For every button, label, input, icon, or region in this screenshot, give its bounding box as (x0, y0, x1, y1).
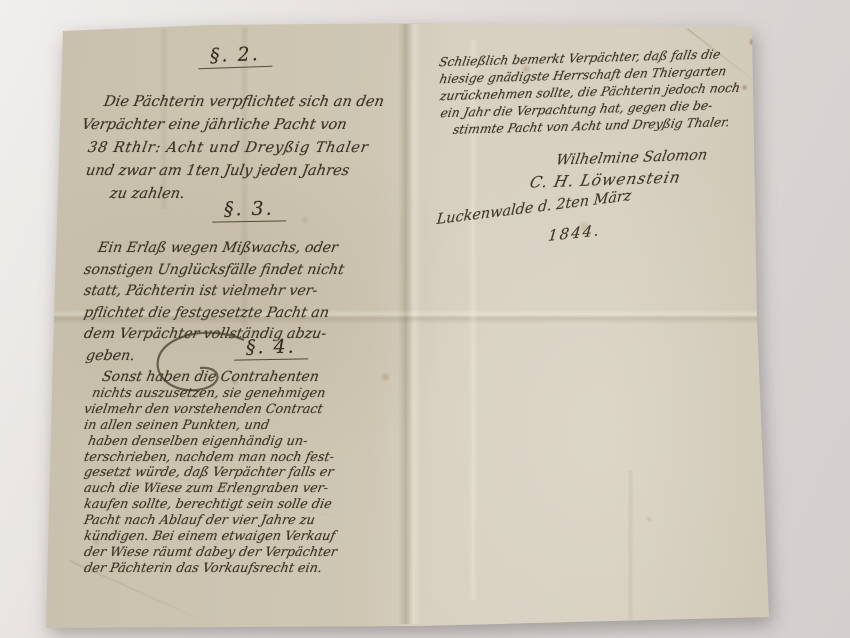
signature-loewenstein: C. H. Löwenstein (528, 168, 683, 191)
photo-background: §. 2. Die Pächterin verpflichtet sich an… (0, 0, 850, 638)
handwritten-line: in allen seinen Punkten, und (83, 418, 339, 434)
ink-stain (748, 38, 757, 46)
section-3-heading: §. 3. (212, 197, 286, 222)
handwritten-line: kaufen sollte, berechtigt sein solle die (83, 497, 339, 513)
signature-wilhelmine-salomon: Wilhelmine Salomon (555, 147, 709, 168)
dateline-year: 1844. (547, 221, 602, 245)
center-fold-crease (398, 24, 422, 624)
section-4-paragraph: Sonst haben die Contrahenten nichts ausz… (84, 370, 337, 577)
handwritten-line: Die Pächterin verpflichtet sich an den (102, 90, 386, 113)
handwritten-line: haben denselben eigenhändig un- (87, 434, 339, 450)
section-2-heading: §. 2. (198, 43, 273, 70)
handwritten-line: auch die Wiese zum Erlengraben ver- (83, 481, 339, 497)
handwritten-line: terschrieben, nachdem man noch fest- (83, 450, 339, 466)
handwritten-line: und zwar am 1ten July jeden Jahres (84, 159, 386, 182)
dateline-place: Luckenwalde d. 2ten März (436, 188, 632, 228)
closing-paragraph: Schließlich bemerkt Verpächter, daß fall… (439, 46, 741, 139)
handwritten-line: pflichtet die festgesetzte Pacht an (82, 303, 346, 325)
handwritten-line: Verpächter eine jährliche Pacht von (80, 113, 386, 136)
handwritten-line: nichts auszusetzen, sie genehmigen (91, 386, 339, 402)
foxing-spot (646, 516, 653, 522)
handwritten-line: gesetzt würde, daß Verpächter falls er (83, 465, 339, 481)
handwritten-line: kündigen. Bei einem etwaigen Verkauf (83, 529, 339, 545)
document-photo: §. 2. Die Pächterin verpflichtet sich an… (0, 0, 850, 638)
handwritten-line: der Pächterin das Vorkaufsrecht ein. (83, 561, 339, 577)
handwritten-line: statt, Pächterin ist vielmehr ver- (82, 281, 346, 303)
handwritten-line: sonstigen Unglücksfälle findet nicht (82, 260, 346, 282)
handwritten-line: 38 Rthlr: Acht und Dreyßig Thaler (86, 136, 386, 159)
handwritten-line: Pacht nach Ablauf der vier Jahre zu (83, 513, 339, 529)
handwritten-line: vielmehr den vorstehenden Contract (83, 402, 339, 418)
section-2-paragraph: Die Pächterin verpflichtet sich an den V… (82, 90, 384, 205)
ink-stain (741, 84, 748, 91)
handwritten-line: der Wiese räumt dabey der Verpächter (83, 545, 339, 561)
handwritten-line: Ein Erlaß wegen Mißwachs, oder (96, 238, 346, 260)
foxing-spot (380, 372, 391, 382)
handwritten-line: Sonst haben die Contrahenten (101, 370, 339, 386)
foxing-spot (300, 216, 310, 224)
right-page-crease (627, 470, 634, 620)
manuscript-paper: §. 2. Die Pächterin verpflichtet sich an… (0, 0, 850, 638)
section-4-heading: §. 4. (234, 335, 308, 360)
